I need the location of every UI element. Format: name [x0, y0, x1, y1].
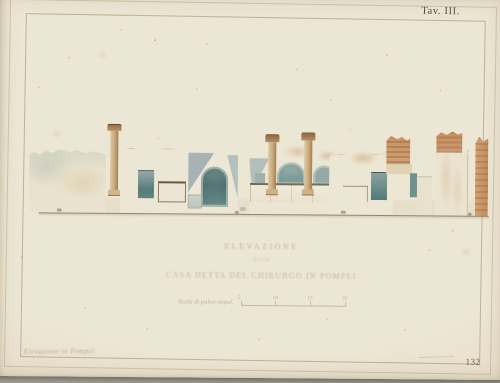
- title-line-1: ELEVAZIONE: [147, 241, 377, 252]
- column-right-capital: [301, 132, 315, 140]
- line-drawn-railing: [343, 186, 368, 202]
- scanned-plate-photo: Tav. III.: [0, 0, 500, 383]
- pencil-scribbles: [420, 349, 454, 358]
- outlined-opening: [158, 181, 186, 202]
- title-line-2: della: [146, 256, 376, 264]
- ruin-wall-left: [29, 146, 107, 213]
- ground-stone: [57, 208, 62, 211]
- wall-section-right: [435, 152, 468, 215]
- brick-ruin-fragment: [386, 136, 410, 166]
- arched-niche-large: [201, 167, 228, 207]
- pencil-inscription: Elevazione in Pompei: [24, 347, 95, 356]
- debris-stone: [240, 207, 246, 211]
- column-left-capital: [107, 124, 121, 131]
- column-middle-shaft: [268, 142, 276, 192]
- scale-tick: 15: [310, 301, 311, 305]
- scale-tick: 10: [275, 301, 276, 305]
- scale-tick: 5: [241, 301, 242, 305]
- brick-ruin-footing: [386, 164, 412, 174]
- column-middle-base: [266, 189, 278, 195]
- brick-pier-far-right: [475, 137, 489, 216]
- page-number-stamp: 132: [466, 357, 481, 367]
- doorway-teal-left: [138, 170, 154, 198]
- column-right-base: [302, 189, 314, 195]
- arched-opening-between-columns: [277, 162, 305, 184]
- plate-number-label: Tav. III.: [421, 6, 460, 18]
- scale-tick: 20: [345, 302, 346, 306]
- elevation-drawing: [27, 93, 494, 225]
- ground-stone: [341, 211, 346, 214]
- plate-paper-sheet: Tav. III.: [0, 0, 500, 380]
- tan-wall-patch: [349, 151, 377, 165]
- column-left-base: [108, 190, 121, 196]
- low-steps: [188, 195, 202, 209]
- column-left-shaft: [110, 131, 118, 191]
- title-block: ELEVAZIONE della CASA DETTA DEL CHIRURGO…: [146, 241, 376, 281]
- column-right-shaft: [304, 140, 312, 192]
- doorway-teal-right: [371, 172, 387, 200]
- title-line-3: CASA DETTA DEL CHIRURGO IN POMPEI: [146, 270, 376, 281]
- column-middle-capital: [265, 134, 279, 142]
- low-wall-right: [417, 176, 432, 216]
- scale-label: Scala di palmi napol.: [178, 298, 234, 305]
- scale-bar: Scala di palmi napol. 5 10 15 20: [178, 296, 346, 306]
- scale-ruler: 5 10 15 20: [241, 297, 346, 307]
- podium-parapet: [250, 183, 336, 203]
